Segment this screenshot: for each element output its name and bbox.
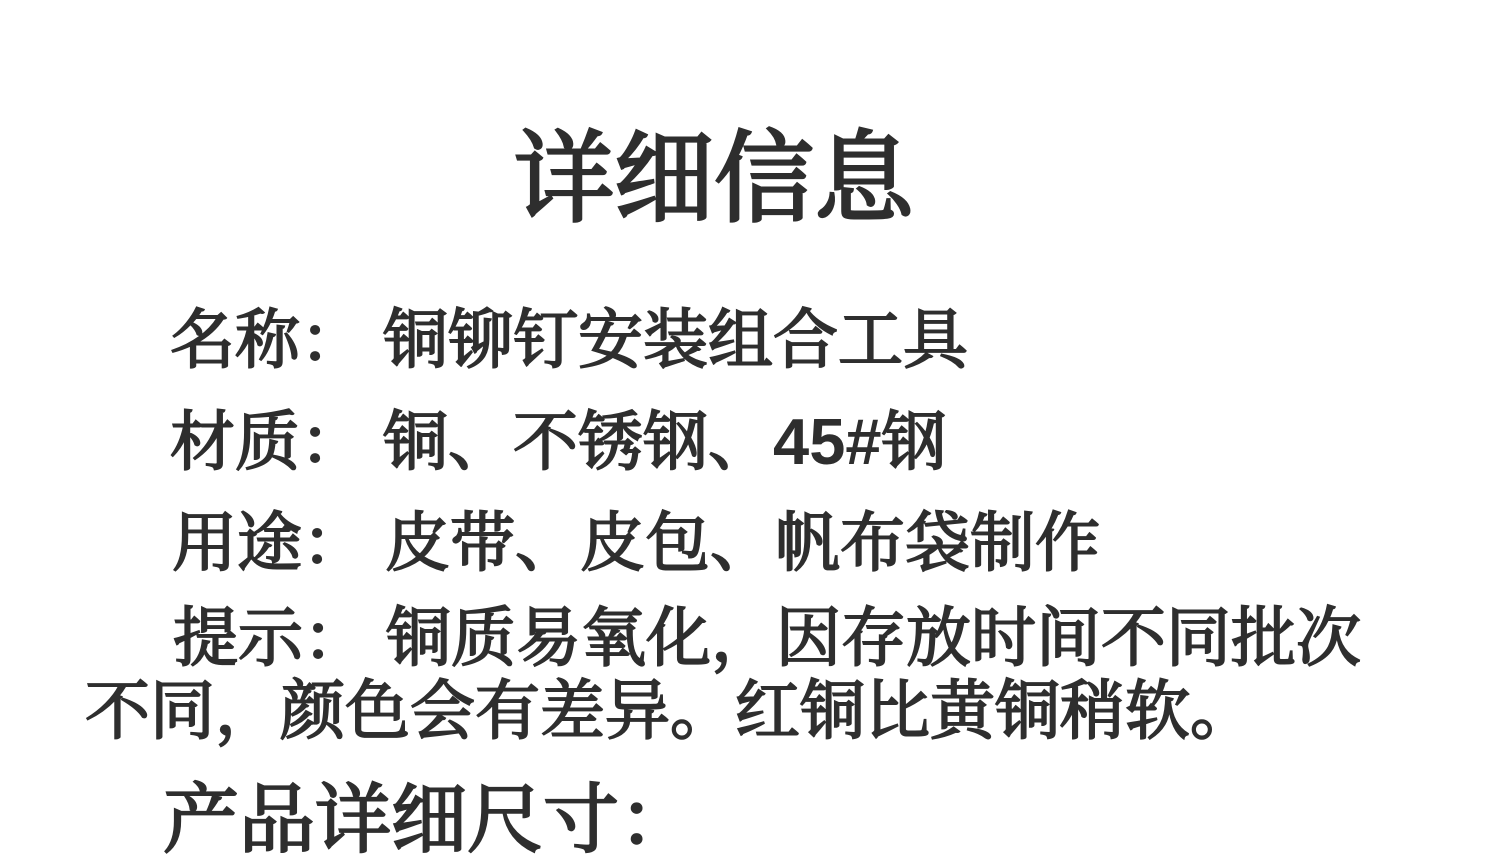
product-detail-page: 详细信息 名称： 铜铆钉安装组合工具 材质： 铜、不锈钢、45#钢 用途： 皮带… bbox=[0, 0, 1500, 868]
size-section-heading: 产品详细尺寸： bbox=[163, 783, 695, 859]
page-title: 详细信息 bbox=[0, 130, 1428, 230]
detail-tip-line-2: 不同，颜色会有差异。红铜比黄铜稍软。 bbox=[85, 678, 1255, 743]
detail-usage-line: 用途： 皮带、皮包、帆布袋制作 bbox=[172, 510, 1100, 575]
detail-name-line: 名称： 铜铆钉安装组合工具 bbox=[170, 307, 968, 372]
detail-tip-line-1: 提示： 铜质易氧化，因存放时间不同批次 bbox=[173, 605, 1361, 670]
detail-material-line: 材质： 铜、不锈钢、45#钢 bbox=[170, 409, 947, 474]
